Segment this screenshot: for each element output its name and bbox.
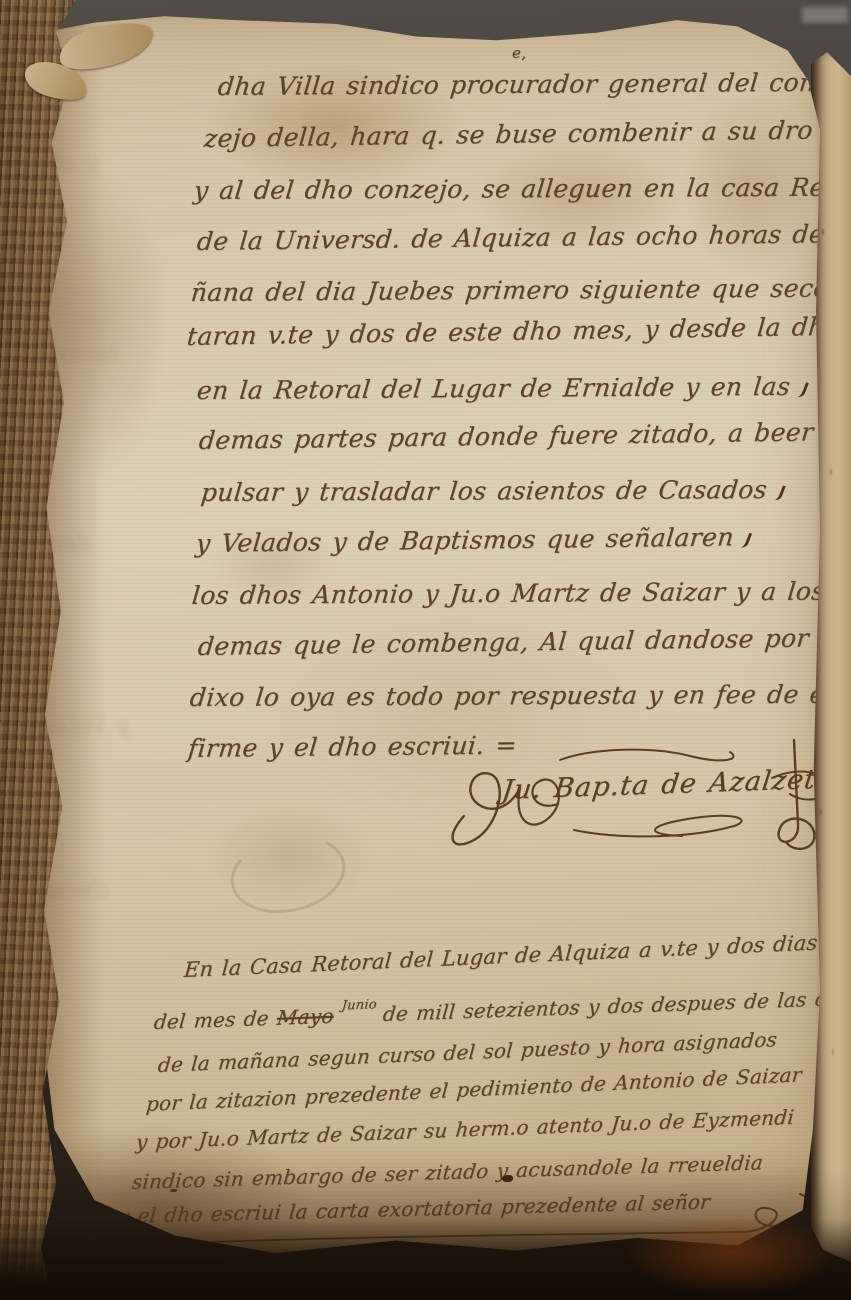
manuscript-line: zejo della, hara q. se buse combenir a s… (203, 115, 832, 153)
manuscript-line: taran v.te y dos de este dho mes, y desd… (186, 310, 851, 351)
manuscript-line: pulsar y trasladar los asientos de Casad… (200, 475, 786, 507)
manuscript-line: ñana del dia Juebes primero siguiente qu… (190, 273, 851, 307)
background-blur-object (802, 7, 848, 23)
manuscript-line: y por Ju.o Martz de Saizar su herm.o ate… (135, 1105, 795, 1154)
top-margin-mark: e, (512, 44, 526, 62)
closing-rule-flourish (204, 1190, 844, 1260)
manuscript-line: sindico sin embargo de ser zitado y acus… (131, 1150, 764, 1194)
line-segment: del mes de (153, 1006, 270, 1034)
ink-blot (502, 1175, 513, 1182)
manuscript-line: de la Universd. de Alquiza a las ocho ho… (196, 218, 851, 256)
manuscript-line: dha Villa sindico procurador general del… (217, 68, 843, 101)
manuscript-line: dixo lo oya es todo por respuesta y en f… (189, 679, 851, 712)
interlinear-correction: Junio (341, 997, 377, 1013)
manuscript-line: En la Casa Retoral del Lugar de Alquiza … (183, 930, 818, 981)
ring-stain (223, 825, 352, 923)
manuscript-line: demas que le combenga, Al qual dandose p… (197, 622, 851, 661)
manuscript-line: demas partes para donde fuere zitado, a … (198, 416, 851, 455)
manuscript-line-with-correction: del mes de Mayo Junio de mill seteziento… (153, 983, 851, 1034)
struck-out-word: Mayo (276, 1004, 335, 1030)
manuscript-line: los dhos Antonio y Ju.o Martz de Saizar … (191, 576, 844, 610)
manuscript-line: y Velados y de Baptismos que señalaren (195, 522, 753, 558)
manuscript-photo: y al del dho conzejo, se alleguen en la … (0, 0, 851, 1300)
manuscript-line: en la Retoral del Lugar de Ernialde y en… (196, 372, 809, 405)
line-segment: de mill setezientos y dos despues de las… (382, 983, 851, 1026)
manuscript-page: y al del dho conzejo, se alleguen en la … (34, 10, 820, 1272)
manuscript-line: y al del dho conzejo, se alleguen en la … (193, 172, 851, 205)
